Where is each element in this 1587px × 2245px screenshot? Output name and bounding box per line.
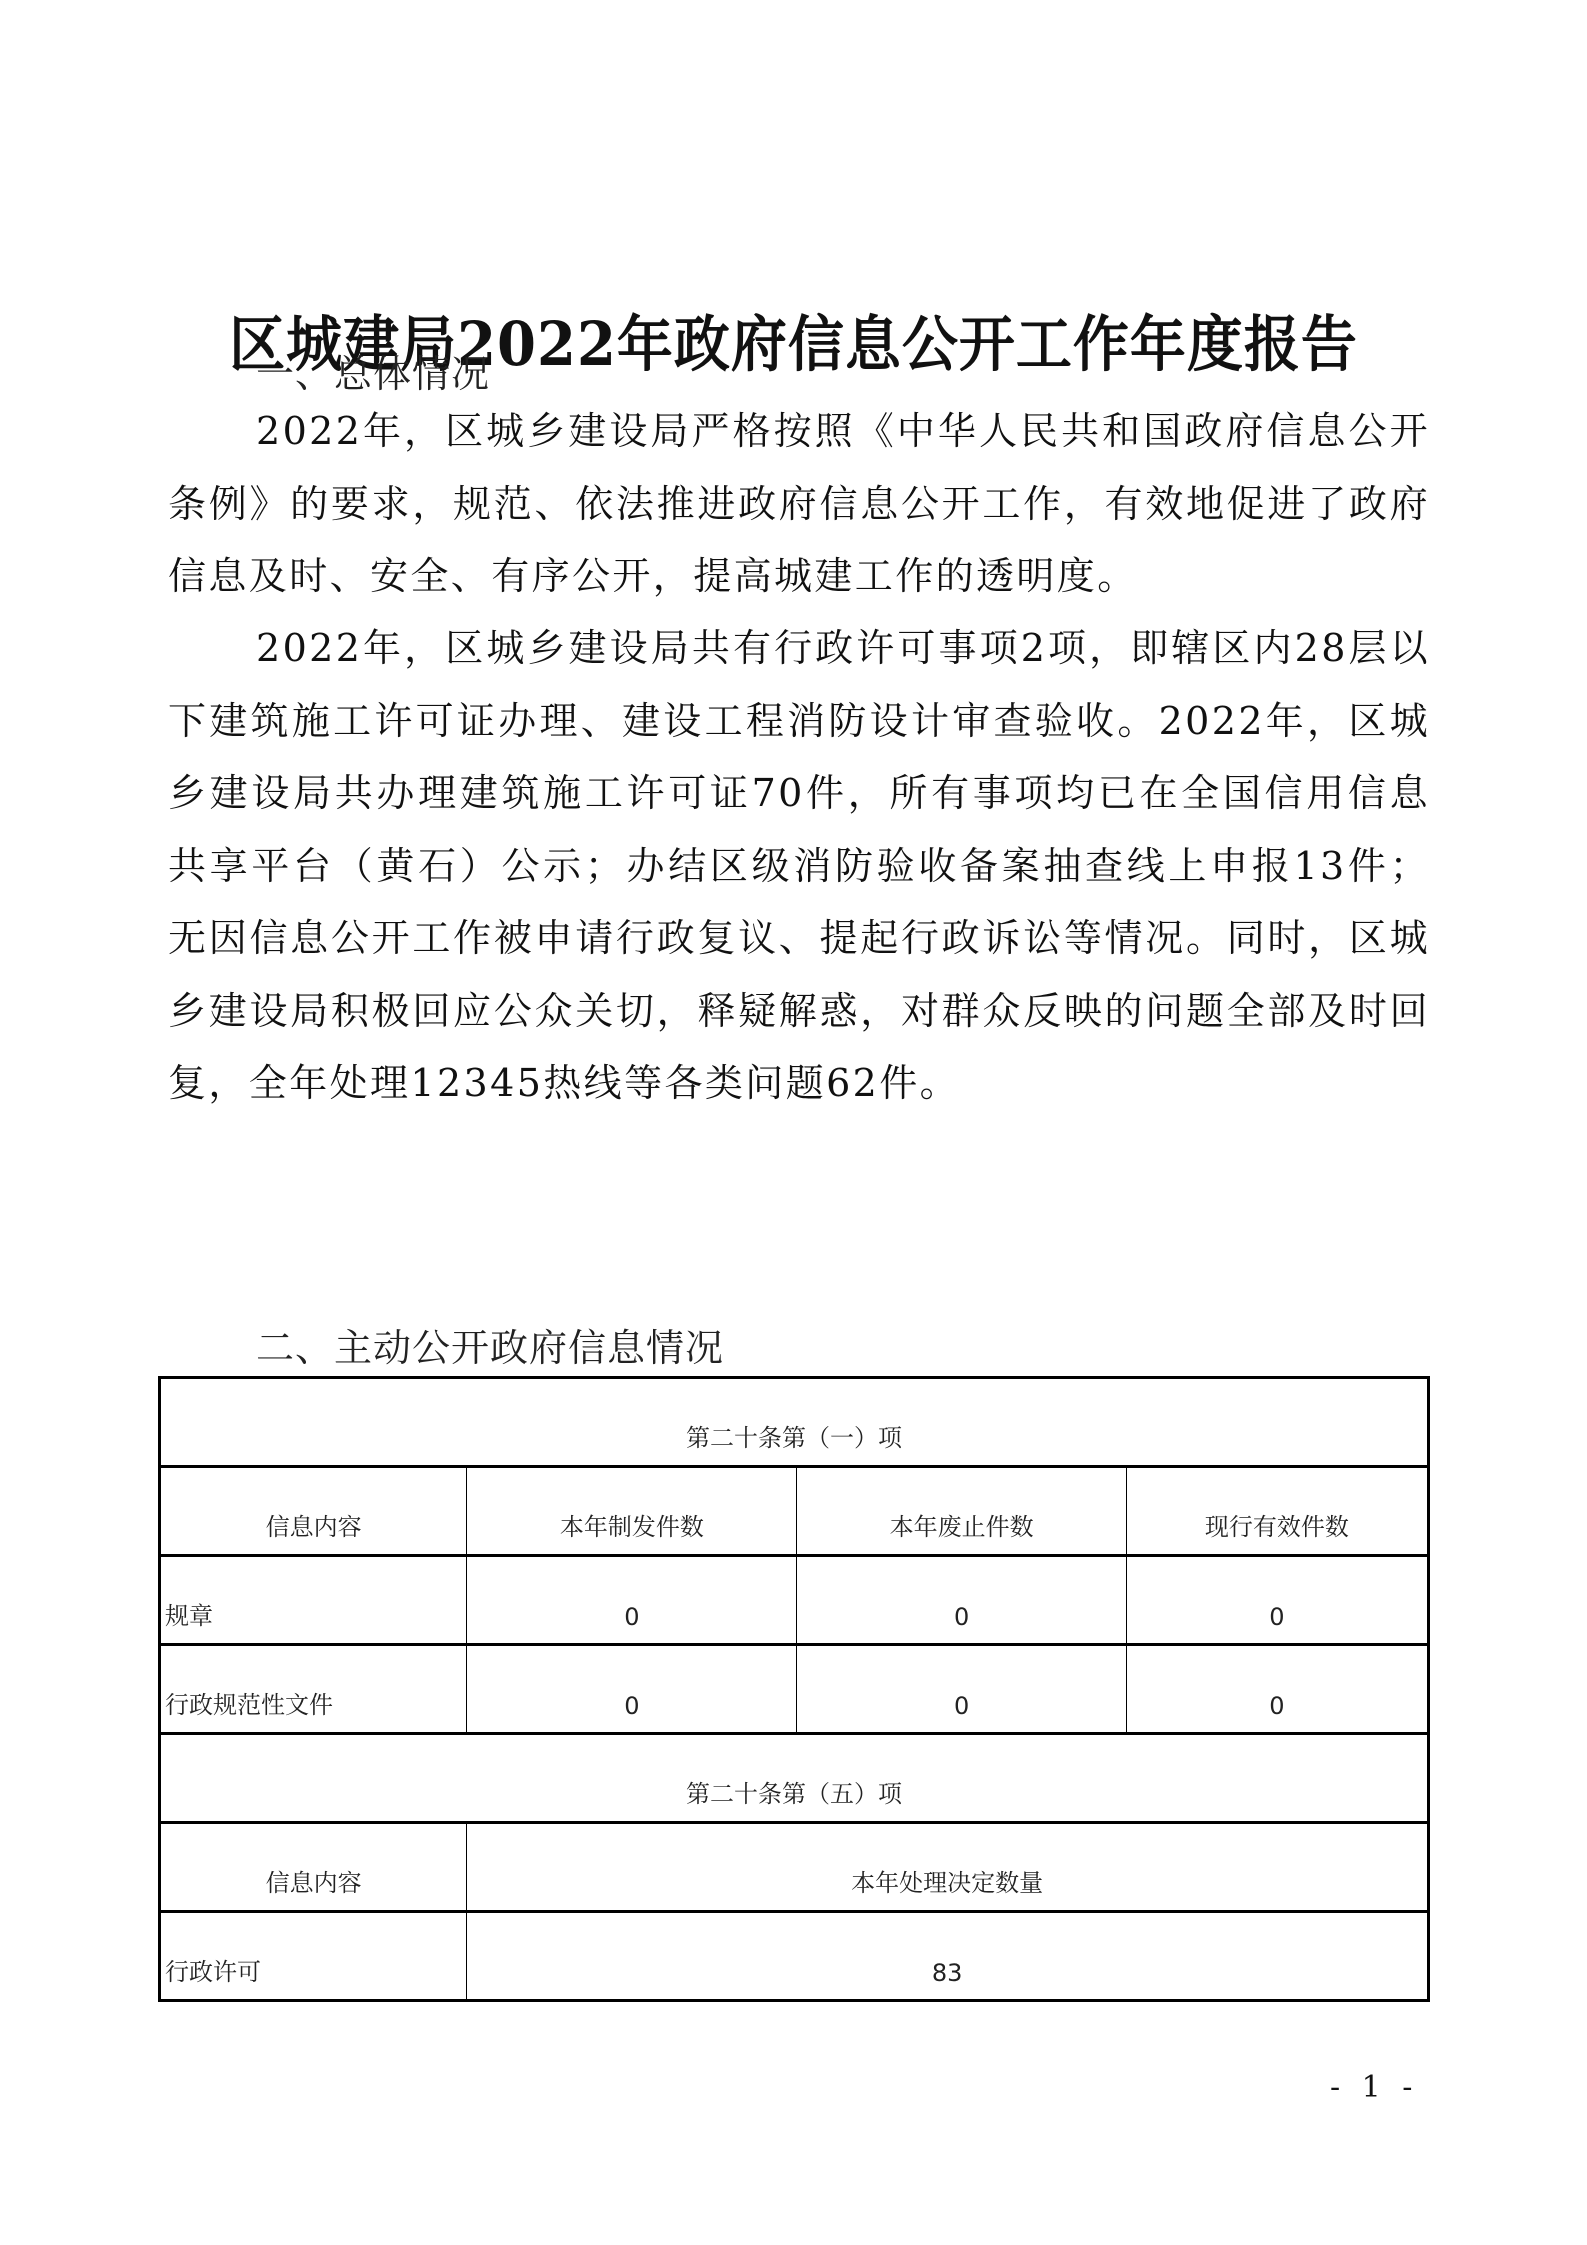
table-row: 行政规范性文件 0 0 0 <box>160 1645 1429 1734</box>
column-header: 信息内容 <box>160 1823 467 1912</box>
page-number: - 1 - <box>1330 2070 1418 2105</box>
table-row: 第二十条第（五）项 <box>160 1734 1429 1823</box>
cell-issued: 0 <box>467 1556 797 1645</box>
paragraph-text: 2022年，区城乡建设局严格按照《中华人民共和国政府信息公开条例》的要求，规范、… <box>168 409 1430 598</box>
group-title-article20-item1: 第二十条第（一）项 <box>160 1378 1429 1467</box>
row-label: 行政许可 <box>160 1912 467 2001</box>
paragraph-overview-1: 2022年，区城乡建设局严格按照《中华人民共和国政府信息公开条例》的要求，规范、… <box>168 395 1430 613</box>
cell-valid: 0 <box>1126 1645 1428 1734</box>
cell-valid: 0 <box>1126 1556 1428 1645</box>
table-row: 第二十条第（一）项 <box>160 1378 1429 1467</box>
disclosure-table: 第二十条第（一）项 信息内容 本年制发件数 本年废止件数 现行有效件数 规章 0… <box>158 1376 1430 2002</box>
table-row: 规章 0 0 0 <box>160 1556 1429 1645</box>
paragraph-overview-2: 2022年，区城乡建设局共有行政许可事项2项，即辖区内28层以下建筑施工许可证办… <box>168 612 1430 1120</box>
cell-abolished: 0 <box>797 1645 1126 1734</box>
column-header: 信息内容 <box>160 1467 467 1556</box>
table-row: 行政许可 83 <box>160 1912 1429 2001</box>
section-heading-active-disclosure: 二、主动公开政府信息情况 <box>256 1317 724 1372</box>
group-title-article20-item5: 第二十条第（五）项 <box>160 1734 1429 1823</box>
table-header-row: 信息内容 本年处理决定数量 <box>160 1823 1429 1912</box>
table-header-row: 信息内容 本年制发件数 本年废止件数 现行有效件数 <box>160 1467 1429 1556</box>
row-label: 规章 <box>160 1556 467 1645</box>
row-label: 行政规范性文件 <box>160 1645 467 1734</box>
column-header: 本年废止件数 <box>797 1467 1126 1556</box>
column-header: 本年制发件数 <box>467 1467 797 1556</box>
document-title: 区城建局2022年政府信息公开工作年度报告 <box>0 297 1587 383</box>
column-header: 本年处理决定数量 <box>467 1823 1429 1912</box>
section-heading-overview: 一、总体情况 <box>256 343 490 398</box>
cell-abolished: 0 <box>797 1556 1126 1645</box>
column-header: 现行有效件数 <box>1126 1467 1428 1556</box>
paragraph-text: 2022年，区城乡建设局共有行政许可事项2项，即辖区内28层以下建筑施工许可证办… <box>168 626 1430 1105</box>
cell-decision-count: 83 <box>467 1912 1429 2001</box>
cell-issued: 0 <box>467 1645 797 1734</box>
